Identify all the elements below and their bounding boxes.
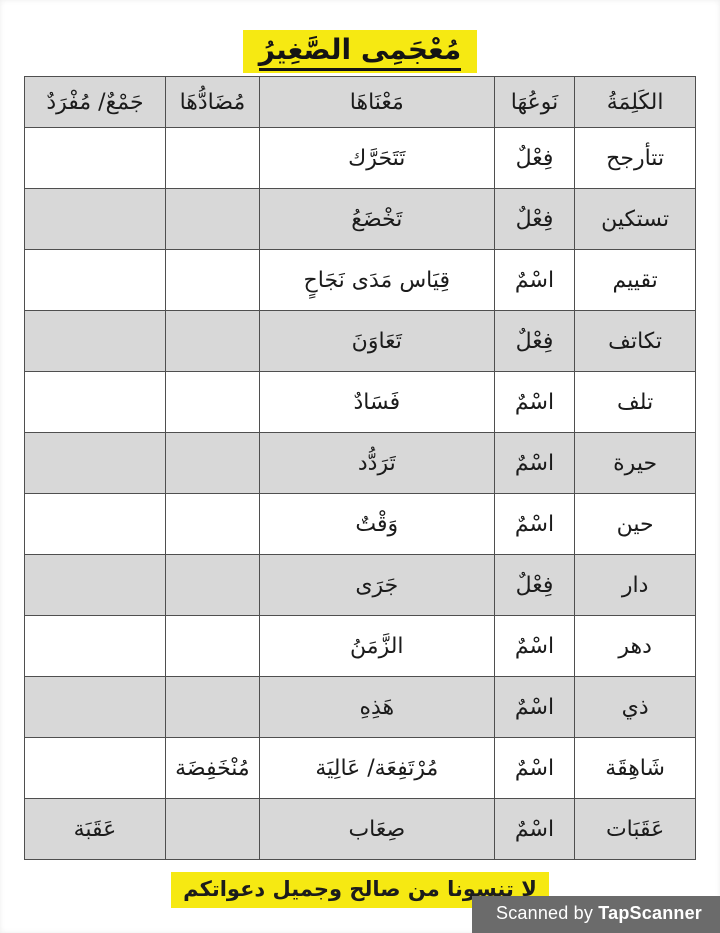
cell-meaning: جَرَى — [259, 555, 494, 616]
cell-antonym — [165, 677, 259, 738]
cell-meaning: فَسَادٌ — [259, 372, 494, 433]
table-row: تكاتف فِعْلٌ تَعَاوَنَ — [25, 311, 696, 372]
table-row: تتأرجح فِعْلٌ تَتَحَرَّك — [25, 128, 696, 189]
cell-antonym — [165, 433, 259, 494]
cell-antonym — [165, 616, 259, 677]
header-meaning: مَعْنَاهَا — [259, 77, 494, 128]
cell-type: فِعْلٌ — [494, 128, 575, 189]
cell-antonym — [165, 494, 259, 555]
cell-plural-singular — [25, 433, 166, 494]
title-area: مُعْجَمِى الصَّغِيرُ — [0, 0, 720, 73]
cell-type: اسْمٌ — [494, 738, 575, 799]
cell-word: ذي — [575, 677, 696, 738]
cell-plural-singular — [25, 128, 166, 189]
cell-type: اسْمٌ — [494, 250, 575, 311]
page-title: مُعْجَمِى الصَّغِيرُ — [259, 33, 462, 71]
table-row: دهر اسْمٌ الزَّمَنُ — [25, 616, 696, 677]
cell-word: تستكين — [575, 189, 696, 250]
header-type: نَوعُهَا — [494, 77, 575, 128]
table-row: دار فِعْلٌ جَرَى — [25, 555, 696, 616]
table-row: عَقَبَات اسْمٌ صِعَاب عَقَبَة — [25, 799, 696, 860]
cell-type: اسْمٌ — [494, 616, 575, 677]
table-row: حيرة اسْمٌ تَرَدُّد — [25, 433, 696, 494]
cell-meaning: قِيَاس مَدَى نَجَاحٍ — [259, 250, 494, 311]
cell-plural-singular — [25, 677, 166, 738]
cell-type: اسْمٌ — [494, 494, 575, 555]
cell-type: اسْمٌ — [494, 677, 575, 738]
scan-badge-prefix: Scanned by — [496, 903, 598, 923]
table-row: حين اسْمٌ وَقْتٌ — [25, 494, 696, 555]
cell-plural-singular — [25, 555, 166, 616]
cell-meaning: وَقْتٌ — [259, 494, 494, 555]
cell-antonym — [165, 555, 259, 616]
cell-antonym — [165, 189, 259, 250]
cell-word: تلف — [575, 372, 696, 433]
cell-antonym: مُنْخَفِضَة — [165, 738, 259, 799]
cell-meaning: تَخْضَعُ — [259, 189, 494, 250]
cell-word: عَقَبَات — [575, 799, 696, 860]
cell-plural-singular: عَقَبَة — [25, 799, 166, 860]
header-plural-singular: جَمْعٌ/ مُفْرَدٌ — [25, 77, 166, 128]
cell-antonym — [165, 250, 259, 311]
cell-antonym — [165, 128, 259, 189]
table-row: تلف اسْمٌ فَسَادٌ — [25, 372, 696, 433]
cell-type: اسْمٌ — [494, 433, 575, 494]
cell-plural-singular — [25, 494, 166, 555]
cell-type: اسْمٌ — [494, 799, 575, 860]
cell-antonym — [165, 372, 259, 433]
cell-plural-singular — [25, 738, 166, 799]
cell-plural-singular — [25, 311, 166, 372]
scanned-worksheet-page: مُعْجَمِى الصَّغِيرُ الكَلِمَةُ نَوعُهَا… — [0, 0, 720, 933]
cell-word: حيرة — [575, 433, 696, 494]
scan-badge-brand: TapScanner — [598, 903, 702, 923]
cell-plural-singular — [25, 372, 166, 433]
cell-type: اسْمٌ — [494, 372, 575, 433]
cell-word: تقييم — [575, 250, 696, 311]
header-word: الكَلِمَةُ — [575, 77, 696, 128]
cell-word: حين — [575, 494, 696, 555]
cell-type: فِعْلٌ — [494, 555, 575, 616]
cell-type: فِعْلٌ — [494, 189, 575, 250]
cell-meaning: صِعَاب — [259, 799, 494, 860]
table-row: ذي اسْمٌ هَذِهِ — [25, 677, 696, 738]
table-header-row: الكَلِمَةُ نَوعُهَا مَعْنَاهَا مُضَادُّه… — [25, 77, 696, 128]
cell-plural-singular — [25, 616, 166, 677]
table-row: تستكين فِعْلٌ تَخْضَعُ — [25, 189, 696, 250]
cell-meaning: تَرَدُّد — [259, 433, 494, 494]
cell-word: دهر — [575, 616, 696, 677]
cell-antonym — [165, 311, 259, 372]
cell-meaning: تَتَحَرَّك — [259, 128, 494, 189]
cell-word: شَاهِقَة — [575, 738, 696, 799]
cell-meaning: هَذِهِ — [259, 677, 494, 738]
vocabulary-table: الكَلِمَةُ نَوعُهَا مَعْنَاهَا مُضَادُّه… — [24, 76, 696, 860]
tapscanner-badge: Scanned by TapScanner — [472, 896, 720, 933]
cell-word: دار — [575, 555, 696, 616]
cell-meaning: مُرْتَفِعَة/ عَالِيَة — [259, 738, 494, 799]
cell-meaning: تَعَاوَنَ — [259, 311, 494, 372]
cell-meaning: الزَّمَنُ — [259, 616, 494, 677]
cell-plural-singular — [25, 189, 166, 250]
table-row: شَاهِقَة اسْمٌ مُرْتَفِعَة/ عَالِيَة مُن… — [25, 738, 696, 799]
cell-plural-singular — [25, 250, 166, 311]
page-title-highlight: مُعْجَمِى الصَّغِيرُ — [243, 30, 478, 73]
cell-word: تكاتف — [575, 311, 696, 372]
table-row: تقييم اسْمٌ قِيَاس مَدَى نَجَاحٍ — [25, 250, 696, 311]
cell-type: فِعْلٌ — [494, 311, 575, 372]
cell-antonym — [165, 799, 259, 860]
header-antonym: مُضَادُّهَا — [165, 77, 259, 128]
cell-word: تتأرجح — [575, 128, 696, 189]
